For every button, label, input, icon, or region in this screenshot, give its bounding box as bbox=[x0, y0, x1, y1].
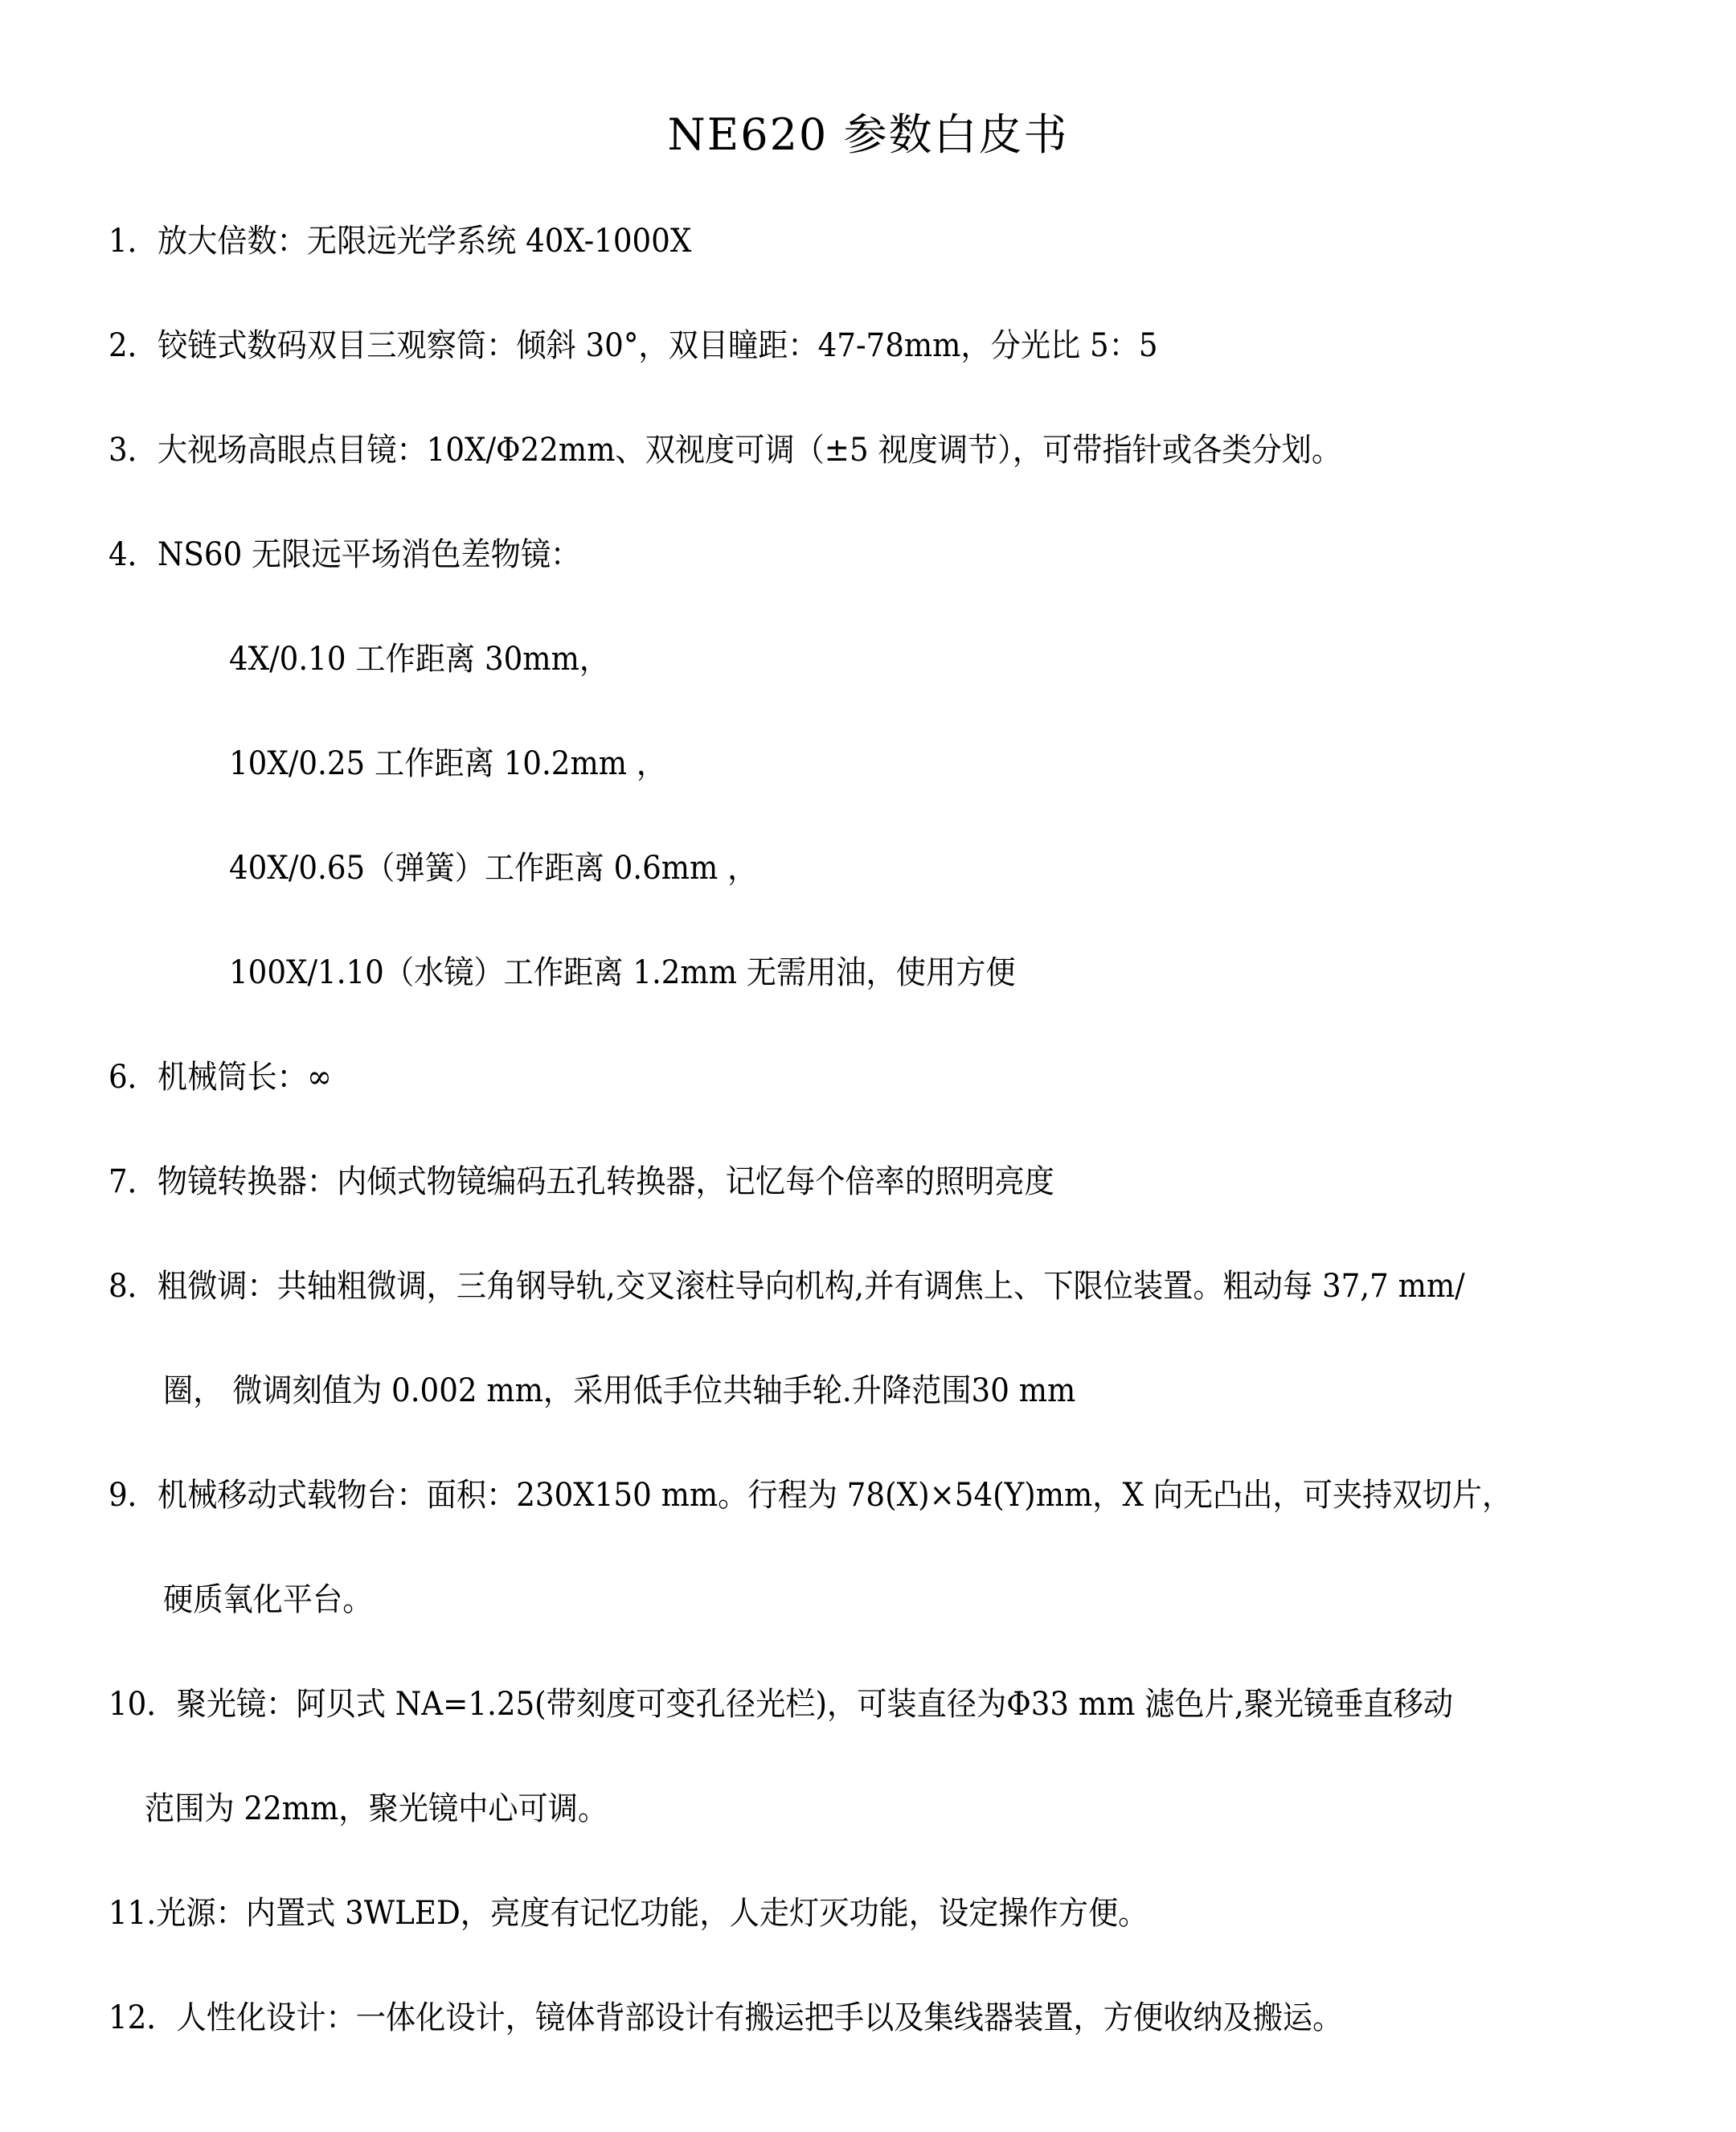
spec-item-light-source: 11.光源：内置式 3WLED，亮度有记忆功能，人走灯灭功能，设定操作方便。 bbox=[108, 1889, 1148, 1937]
objective-4x: 4X/0.10 工作距离 30mm， bbox=[229, 635, 609, 683]
spec-item-tube-length: 6．机械筒长：∞ bbox=[108, 1053, 332, 1101]
spec-item-viewing-head: 2．铰链式数码双目三观察筒：倾斜 30°，双目瞳距：47-78mm，分光比 5：… bbox=[108, 322, 1158, 370]
spec-item-condenser: 10．聚光镜：阿贝式 NA=1.25(带刻度可变孔径光栏)，可装直径为Φ33 m… bbox=[108, 1680, 1453, 1728]
spec-item-condenser-continued: 范围为 22mm，聚光镜中心可调。 bbox=[145, 1785, 608, 1833]
spec-item-eyepiece: 3．大视场高眼点目镜：10X/Φ22mm、双视度可调（±5 视度调节），可带指针… bbox=[108, 426, 1341, 474]
spec-item-ergonomic-design: 12．人性化设计：一体化设计，镜体背部设计有搬运把手以及集线器装置，方便收纳及搬… bbox=[108, 1994, 1342, 2042]
objective-10x: 10X/0.25 工作距离 10.2mm ， bbox=[229, 740, 666, 788]
spec-item-stage: 9．机械移动式载物台：面积：230X150 mm。行程为 78(X)×54(Y)… bbox=[108, 1471, 1512, 1519]
spec-item-stage-continued: 硬质氧化平台。 bbox=[163, 1576, 372, 1624]
spec-item-focus: 8．粗微调：共轴粗微调，三角钢导轨,交叉滚柱导向机构,并有调焦上、下限位装置。粗… bbox=[108, 1262, 1465, 1310]
spec-item-magnification: 1．放大倍数：无限远光学系统 40X-1000X bbox=[108, 217, 691, 265]
spec-item-objectives: 4．NS60 无限远平场消色差物镜： bbox=[108, 531, 580, 579]
spec-item-focus-continued: 圈， 微调刻值为 0.002 mm，采用低手位共轴手轮.升降范围30 mm bbox=[163, 1367, 1075, 1415]
objective-100x: 100X/1.10（水镜）工作距离 1.2mm 无需用油，使用方便 bbox=[229, 949, 1016, 997]
spec-item-nosepiece: 7．物镜转换器：内倾式物镜编码五孔转换器，记忆每个倍率的照明亮度 bbox=[108, 1158, 1054, 1206]
document-title: NE620 参数白皮书 bbox=[0, 103, 1736, 167]
objective-40x: 40X/0.65（弹簧）工作距离 0.6mm ， bbox=[229, 844, 757, 892]
